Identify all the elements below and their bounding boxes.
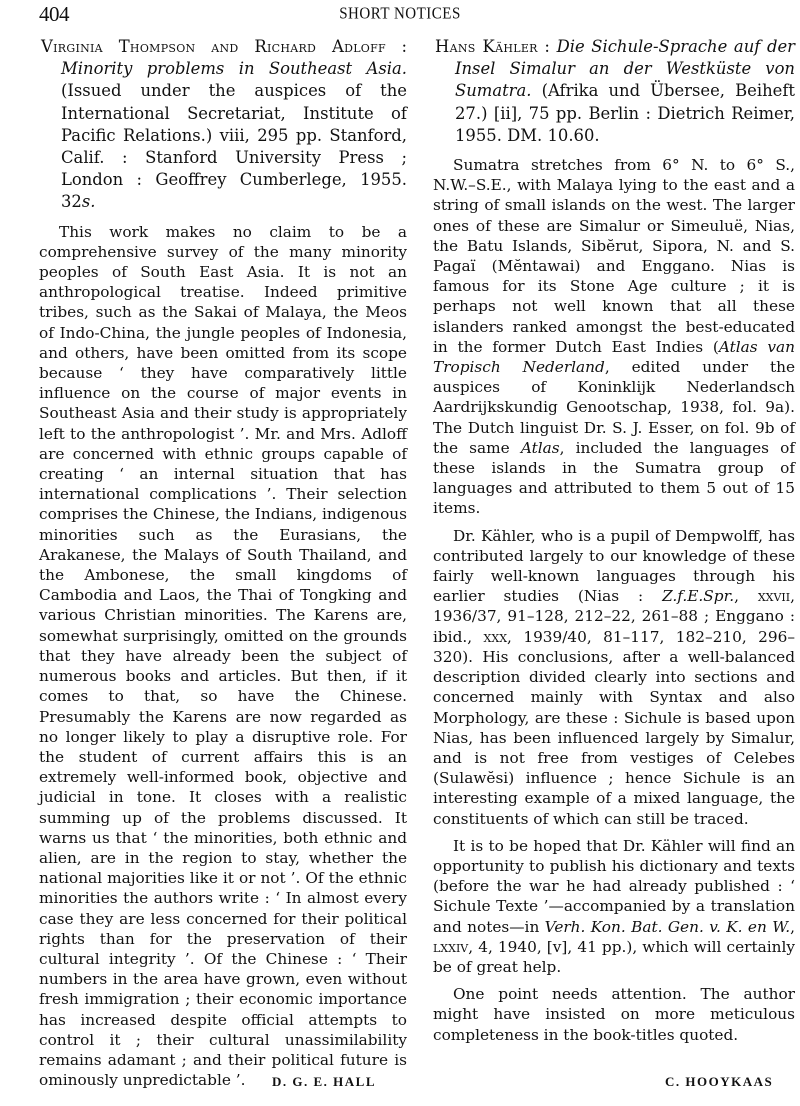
volume-number: , xxvii <box>734 587 790 605</box>
review-paragraph-1: Sumatra stretches from 6° N. to 6° S., N… <box>433 155 795 519</box>
book-details: (Issued under the auspices of the Intern… <box>61 81 407 189</box>
paragraph-text: , 1939/40, 81–117, 182–210, 296–320). Hi… <box>433 628 795 828</box>
paragraph-text: Sumatra stretches from 6° N. to 6° S., N… <box>433 156 795 356</box>
book-price-amount: 32 <box>61 192 82 211</box>
book-price-unit: s. <box>82 192 96 211</box>
review-paragraph: This work makes no claim to be a compreh… <box>39 222 407 1091</box>
reviewer-signature-hooykaas: C. HOOYKAAS <box>665 1074 773 1090</box>
review-paragraph-4: One point needs attention. The author mi… <box>433 984 795 1045</box>
journal-title: Z.f.E.Spr. <box>662 587 734 605</box>
reviewer-signature-hall: D. G. E. HALL <box>272 1074 376 1090</box>
review-heading-kahler: Hans Kähler : Die Sichule-Sprache auf de… <box>433 36 795 147</box>
book-title: Minority problems in Southeast Asia. <box>61 59 407 78</box>
left-review: Virginia Thompson and Richard Adloff : M… <box>39 36 407 1097</box>
volume-number: xxx <box>484 628 508 646</box>
right-review: Hans Kähler : Die Sichule-Sprache auf de… <box>433 36 795 1052</box>
journal-title: Verh. Kon. Bat. Gen. v. K. en W. <box>545 918 790 936</box>
heading-separator: : <box>386 37 407 56</box>
paragraph-text: , 4, 1940, [v], 41 pp.), which will cert… <box>433 938 795 976</box>
review-authors: Virginia Thompson and Richard Adloff <box>41 37 386 56</box>
review-heading-thompson-adloff: Virginia Thompson and Richard Adloff : M… <box>39 36 407 214</box>
atlas-ref: Atlas <box>521 439 560 457</box>
running-head: SHORT NOTICES <box>0 5 800 25</box>
heading-separator: : <box>538 37 557 56</box>
review-author: Hans Kähler <box>435 37 538 56</box>
review-paragraph-3: It is to be hoped that Dr. Kähler will f… <box>433 836 795 977</box>
review-paragraph-2: Dr. Kähler, who is a pupil of Dempwolff,… <box>433 526 795 829</box>
